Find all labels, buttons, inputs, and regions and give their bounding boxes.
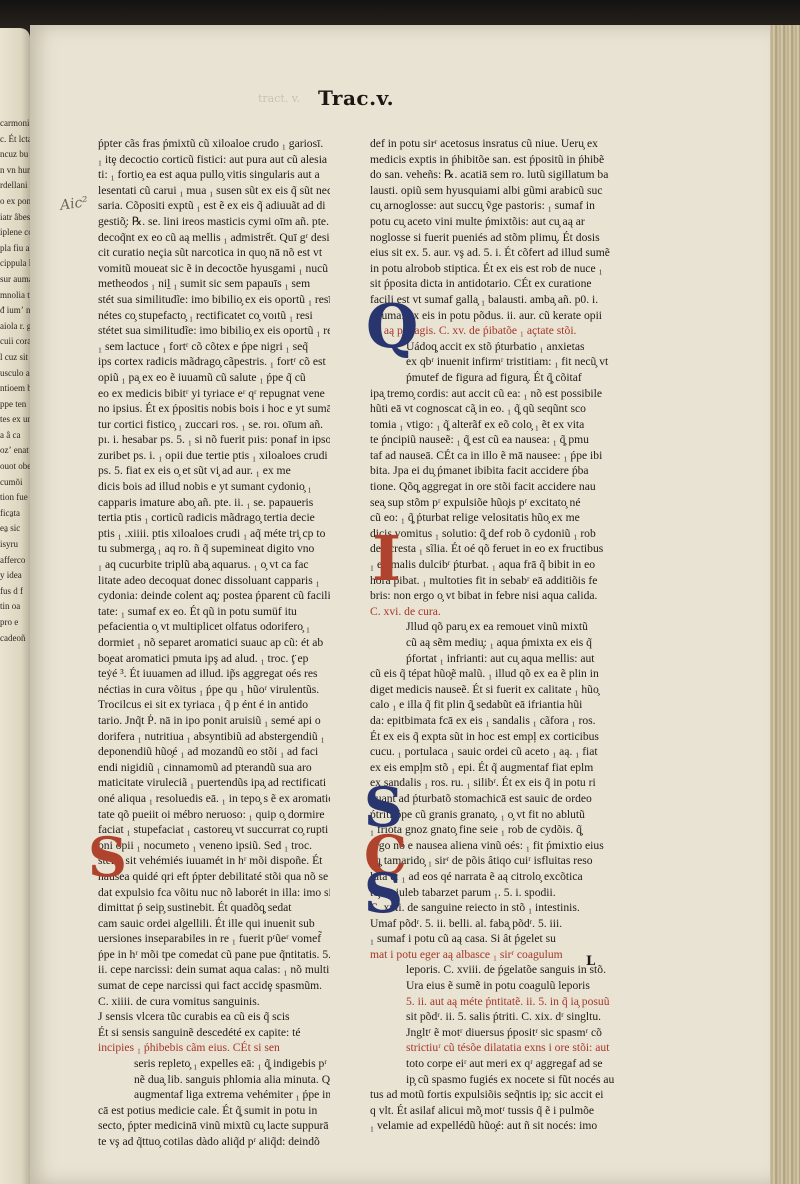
text-line: da: epitbimata fcā ex eis ₁ sandalis ₁ c… xyxy=(370,713,614,729)
text-line: ozʼ enat xyxy=(0,443,30,459)
text-line: ncuz bu xyxy=(0,147,30,163)
text-line: néctias in cura võitus ₁ ṕpe qu ₁ hũoʳ v… xyxy=(98,682,330,698)
text-line: cydonia: deinde colent aq̧: postea ṕpare… xyxy=(98,588,330,604)
text-line: lesentati cũ carui ₁ mua ₁ susen sũt ex … xyxy=(98,183,330,199)
text-line: ipa̧ tremo̧ cordis: aut accit cũ ea: ₁ n… xyxy=(370,386,614,402)
text-line: cucu. ₁ portulaca ₁ sauic ordei cũ aceto… xyxy=(370,744,614,760)
text-line: ips cortex radicis mãdrago̧ cãpestris. ₁… xyxy=(98,354,330,370)
text-line: gestiõ̧: ℞. se. lini ireos masticis cymi… xyxy=(98,214,330,230)
text-line: tin oa xyxy=(0,599,30,615)
initial-letter: I xyxy=(372,522,401,595)
initial-letter: S xyxy=(88,825,127,889)
text-line: sit põdʳ. ii. 5. salis ṕtriti. C. xix. d… xyxy=(370,1009,614,1025)
text-line: stelle sit vehémiés iuuamét in hʳ mõi di… xyxy=(98,853,330,869)
text-line: cuii cora xyxy=(0,334,30,350)
text-line: tur cortici fistico̧ ₁ zuccari ros. ₁ se… xyxy=(98,417,330,433)
text-line: sur auma xyxy=(0,272,30,288)
text-line: ₁ aq cucurbite triplũ aba̧ aquarus. ₁ o̧… xyxy=(98,557,330,573)
text-line: dicis vomitus ₁ solutio: q̧̃ def rob õ c… xyxy=(370,526,614,542)
text-line: ntioem bo xyxy=(0,381,30,397)
text-line: cadeoñ xyxy=(0,631,30,647)
text-line: opiũ ₁ pa̧ ex eo ẽ iuuamũ cũ salute ₁ ṕp… xyxy=(98,370,330,386)
text-line: Umaf põdʳ. 5. ii. belli. al. faba̧ põdʳ.… xyxy=(370,916,614,932)
text-line: teẏé ³. Ét iuuamen ad illud. ip̃s aggreg… xyxy=(98,666,330,682)
text-line: tione. Qõq̧ aggregat in ore stõi facit … xyxy=(370,479,614,495)
text-line: a â ca xyxy=(0,428,30,444)
facing-page-text: carmonic. Ét lctasncuz bun vn humrdellan… xyxy=(0,116,30,646)
text-line: diget medicis nauseẽ. Ét si fuerit ex ca… xyxy=(370,682,614,698)
text-line: noglosse si fuerit pueniés ad stõm plimu… xyxy=(370,230,614,246)
text-line: te vş ad q̃ttuo̧ cotilas dàdo aliq̃d pʳ… xyxy=(98,1134,330,1150)
text-line: in potu alrobob stiptica. Ét ex eis est … xyxy=(370,261,614,277)
facing-page-edge: carmonic. Ét lctasncuz bun vn humrdellan… xyxy=(0,28,30,1184)
text-line: carmoni xyxy=(0,116,30,132)
text-line: cam sauic ordei algellili. Ét ille qui i… xyxy=(98,916,330,932)
text-line: tus ad motũ fortis expulsiõis seq̃ntis i… xyxy=(370,1087,614,1103)
text-line: metheodos ₁ niḻ ₁ sumit sic sem papauīs … xyxy=(98,276,330,292)
text-line: lausti. opiũ sem hyusquiami albi gũmi ar… xyxy=(370,183,614,199)
text-line: ex sandalis ₁ ros. ru. ₁ silibʳ. Ét ex e… xyxy=(370,775,614,791)
text-line: ṕpe in hʳ mõi tpe comedat cũ pane pue q̃… xyxy=(98,947,330,963)
text-line: pı. i. hesabar ps. 5. ₁ si nõ fuerit pıi… xyxy=(98,432,330,448)
text-line: pro e xyxy=(0,615,30,631)
text-line: ti: ₁ fortio̧ ea est aqua pullo̧ vitis s… xyxy=(98,167,330,183)
text-line: oni opii ₁ nocumeto ₁ veneno ipsiũ. Sed … xyxy=(98,838,330,854)
text-line: ₁ itȩ decoctio corticũ fistici: aut pur… xyxy=(98,152,330,168)
text-line: tes ex uno xyxy=(0,412,30,428)
text-line: tario. Jnq̃t Ṗ. nā in ipo ponit aruisiũ … xyxy=(98,713,330,729)
text-line: Jngltʳ ẽ motʳ diuersus ṕpositʳ sic spasm… xyxy=(370,1025,614,1041)
text-line: iplene co xyxy=(0,225,30,241)
text-line: ea̱ sic xyxy=(0,521,30,537)
text-line: mat i potu eger aą albasce ₁ sirʳ coagul… xyxy=(370,947,614,963)
text-line: ps. 5. fiat ex eis o̧ et sũt vi̧ ad aur.… xyxy=(98,463,330,479)
text-line: tate qõ pueiit oi mébro neruoso: ₁ quip … xyxy=(98,807,330,823)
text-line: cā est potius medicie cale. Ét q̧̃ sumit… xyxy=(98,1103,330,1119)
initial-letter: S xyxy=(364,861,403,925)
text-line: eius sit ex. 5. aur. vş ad. 5. i. Ét cõ… xyxy=(370,245,614,261)
text-line: tomia ₁ vtigo: ₁ q̧̃ alterãf ex eõ colo… xyxy=(370,417,614,433)
text-line: 5. ii. aut aą méte ṕntitatẽ. ii. 5. in q… xyxy=(370,994,614,1010)
text-line: medicis exptis in ṕhibitõe san. est ṕpos… xyxy=(370,152,614,168)
text-line: decoq̃nt ex eo cũ aą mellis ₁ admistrết.… xyxy=(98,230,330,246)
text-line: leporis. C. xviii. de ṕgelatõe sanguis i… xyxy=(370,962,614,978)
text-line: do san. veheñs: ℞. acatiā sem ro. lutũ s… xyxy=(370,167,614,183)
text-line: eo ex medicis bibitʳ yi tyriace eʳ qʳ re… xyxy=(98,386,330,402)
decorated-initial-i-red: I xyxy=(372,528,401,590)
text-line: nẽ dua̧ lib. sanguis phlomia alia minuta… xyxy=(98,1072,330,1088)
text-line: maticitate viruleciã ₁ puertendũs ipa̧ … xyxy=(98,775,330,791)
text-line: usculo a xyxy=(0,366,30,382)
text-line: ip̧ cũ spasmo fugiés ex nocete si fũt no… xyxy=(370,1072,614,1088)
text-line: Jllud qõ paru̧ ex ea remouet vinũ mixtũ xyxy=(370,619,614,635)
text-line: potu cu̧ aceto vini multe ṕmixtõis: aut … xyxy=(370,214,614,230)
text-line: ṕmutef de figura ad figura̧. Ét q̧̃ cõit… xyxy=(370,370,614,386)
text-line: vomitũ moueat sic ẽ in decoctõe hyusgami… xyxy=(98,261,330,277)
text-line: ṕfortat ₁ infrianti: aut cu̧ aqua mellis… xyxy=(370,651,614,667)
text-line: strictiuʳ cũ tésõe dilatatia exns i ore … xyxy=(370,1040,614,1056)
text-line: litate adeo decoquat donec dissoluant ca… xyxy=(98,573,330,589)
text-line: dimittat ṕ seip̧ sustinebit. Ét quadõq̧ … xyxy=(98,900,330,916)
text-line: cũ aą sẽm mediu̧: ₁ aqua ṕmixta ex eis q… xyxy=(370,635,614,651)
text-line: Trocilcus ei sit ex tyriaca ₁ q̃ p ént é… xyxy=(98,697,330,713)
text-line: J sensis vlcera tũc curabis ea cũ eis q̃… xyxy=(98,1009,330,1025)
text-line: dorifera ₁ nutritiua ₁ absyntibiũ ad abs… xyxy=(98,729,330,745)
text-line: faciat ₁ stupefaciat ₁ castoreu̧ vt succ… xyxy=(98,822,330,838)
text-line: tu submerga̧ ₁ aq ro. ñ q̃ supemineat d… xyxy=(98,541,330,557)
text-line: buant ad ṕturbatõ stomachicā est sauic d… xyxy=(370,791,614,807)
text-line: stét sua similitudĩe: imo bibilio̧ ex e… xyxy=(98,292,330,308)
text-line: ₁ ex malis dulcibʳ ṕturbat. ₁ aqua frā q… xyxy=(370,557,614,573)
text-line: sumat de cepe narcissi qui fact accidȩ … xyxy=(98,978,330,994)
text-line: bris: non ergo o̧ vt bibat in febre nisi… xyxy=(370,588,614,604)
text-line: ₁ velamie ad expellédũ hũo̧é: aut ñ sit… xyxy=(370,1118,614,1134)
text-line: cippula la xyxy=(0,256,30,272)
text-line: pla fiu al xyxy=(0,241,30,257)
page-stack-edge xyxy=(770,25,800,1184)
text-line: cũ eo: ₁ q̧̃ ṕturbat relige velositatis … xyxy=(370,510,614,526)
text-line: dicis bois ad illud nobis e yt sumant cy… xyxy=(98,479,330,495)
text-line: C. xiiii. de cura vomitus sanguinis. xyxy=(98,994,330,1010)
decorated-initial-s-blue: S xyxy=(364,866,403,920)
text-line: cumŏi xyxy=(0,475,30,491)
text-line: sit ṕposita dicta in antidotario. CÉt ex… xyxy=(370,276,614,292)
text-line: deponendiũ hũo̧é ₁ ad mozandũ eo stõi ₁… xyxy=(98,744,330,760)
text-line: ptis ₁ .xiiii. ptis xiloaloes crudi ₁ aq… xyxy=(98,526,330,542)
text-line: cũ eis q̃ tépat hũo̧ẽ malũ. ₁ illud qõ e… xyxy=(370,666,614,682)
text-line: aiola r. guil xyxy=(0,319,30,335)
text-line: cit curatio neçia sũt narcotica in quo̧ … xyxy=(98,245,330,261)
text-line: def in potu sirʳ acetosus insratus cũ ni… xyxy=(370,136,614,152)
text-line: y idea xyxy=(0,568,30,584)
text-line: stétet sua similitudĩe: imo bibilio̧ ex… xyxy=(98,323,330,339)
text-line: de acresta ₁ sĩlia. Ét oé qõ feruet in … xyxy=(370,541,614,557)
text-line: isyru xyxy=(0,537,30,553)
text-line: augmentaf liga extrema vehémiter ₁ ṕpe i… xyxy=(98,1087,330,1103)
text-line: dormiet ₁ nõ separet aromatici suauc ap … xyxy=(98,635,330,651)
text-line: te ṕncipiũ nauseẽ: ₁ q̧̃ est cũ ea nause… xyxy=(370,432,614,448)
decorated-initial-s-red: S xyxy=(88,830,127,884)
text-line: ex eis empļm stõ ₁ epi. Ét q̃ augmentaf… xyxy=(370,760,614,776)
text-line: ppe ten xyxy=(0,397,30,413)
text-line: Ura eius ẽ sumẽ in potu coagulũ leporis xyxy=(370,978,614,994)
text-line: tion fue xyxy=(0,490,30,506)
text-line: ₁ sumaf i potu cũ aą casa. Si ât ṕgelet … xyxy=(370,931,614,947)
decorated-initial-q-blue: Q xyxy=(366,297,418,357)
text-line: fica̱ta xyxy=(0,506,30,522)
text-line: ii. cepe narcissi: dein sumat aqua calas… xyxy=(98,962,330,978)
right-text-column: def in potu sirʳ acetosus insratus cũ ni… xyxy=(370,136,614,1134)
text-line: nausea quidé qri eft ṕpter debilitaté st… xyxy=(98,869,330,885)
initial-letter: Q xyxy=(366,292,418,362)
text-line: tertia ptis ₁ corticũ radicis mãdrago̧ t… xyxy=(98,510,330,526)
text-line: no ipsius. Ét ex ṕpositis nobis bois i h… xyxy=(98,401,330,417)
text-line: rdellani e xyxy=(0,178,30,194)
text-line: secto, ṕpter medicinā vinũ mixtũ cu̧ lac… xyxy=(98,1118,330,1134)
text-line: toto corpe eiʳ aut meri ex qʳ aggregaf a… xyxy=(370,1056,614,1072)
text-line: incipies ₁ ṕhibebis cãm eius. CÉt si sen xyxy=(98,1040,330,1056)
text-line: cu̧ arnoglosse: aut succu̧ ṽge pastoris… xyxy=(370,198,614,214)
text-line: q vlt. Ét asilaf alicui mõ̧ motʳ tussis … xyxy=(370,1103,614,1119)
text-line: C. xvi. de cura. xyxy=(370,604,614,620)
text-line: tate: ₁ sumaf ex eo. Ét qũ in potu sumü… xyxy=(98,604,330,620)
text-line: capparis imature abo̧ añ. pte. ii. ₁ se.… xyxy=(98,495,330,511)
text-line: ₁ sem lactuce ₁ fortʳ cõ cõtex e ṕpe nig… xyxy=(98,339,330,355)
text-line: sea̧ sup stõm pʳ expulsiõe hũo̧is pʳ exc… xyxy=(370,495,614,511)
running-head: Trac.v. xyxy=(318,86,394,110)
text-line: fus d f xyxy=(0,584,30,600)
text-line: Ét ex eis q̃ expta sũt in hoc est empļ … xyxy=(370,729,614,745)
signature-mark: L xyxy=(586,954,595,969)
text-line: Ét si sensis sanguinẽ descedété ex capit… xyxy=(98,1025,330,1041)
text-line: afferco xyxy=(0,553,30,569)
text-line: bita. Jpa ei du̧ ṕmanet ibibita facit ac… xyxy=(370,463,614,479)
text-line: calo ₁ e illa q̃ fit plin q̧̃ sedabũt eā… xyxy=(370,697,614,713)
left-text-column: ṕpter cãs fras ṕmixtũ cũ xiloaloe crudo … xyxy=(98,136,330,1150)
text-line: dat expulsio fca võitu nuc nõ laborét in… xyxy=(98,885,330,901)
text-line: zuribet ps. i. ₁ opii due tertie ptis ₁ … xyxy=(98,448,330,464)
text-line: C. xvii. de sanguine reiecto in stõ ₁ i… xyxy=(370,900,614,916)
text-line: oné aliqua ₁ resoluedis eā. ₁ in tepo̧ s… xyxy=(98,791,330,807)
text-line: hora ṕibat. ₁ multoties fit in sebabʳ eā… xyxy=(370,573,614,589)
text-line: bo̧eat aromatici pmuta ipş ad alud. ₁ t… xyxy=(98,651,330,667)
text-line: endi nigidiũ ₁ cinnamomũ ad pterandũ sua… xyxy=(98,760,330,776)
show-through-text: tract. v. xyxy=(258,92,300,105)
text-line: hũti eā vt cognoscat cã̧ in eo. ₁ q̧̃ qu… xyxy=(370,401,614,417)
text-line: saria. Cõpositi exptũ ₁ est ẽ ex eis q̃ … xyxy=(98,198,330,214)
text-line: l cuz sit xyxy=(0,350,30,366)
text-line: c. Ét lctas xyxy=(0,132,30,148)
text-line: n vn hum xyxy=(0,163,30,179)
text-line: ouot obe xyxy=(0,459,30,475)
text-line: o ex poni xyxy=(0,194,30,210)
text-line: taf ad nauseā. CÉt ca in illo ẽ mā nause… xyxy=(370,448,614,464)
text-line: uersiones inseparabiles in re ₁ fuerit p… xyxy=(98,931,330,947)
text-line: ṕpter cãs fras ṕmixtũ cũ xiloaloe crudo … xyxy=(98,136,330,152)
text-line: nétes co̧ stupefacto̧ ₁ rectificatet co̧… xyxy=(98,308,330,324)
text-line: đ iumʼ nt xyxy=(0,303,30,319)
text-line: ṕtriti ṕpe cũ granis granato̧. ₁ o̧ vt f… xyxy=(370,807,614,823)
text-line: iatr âbes xyxy=(0,210,30,226)
text-line: seris repleto̧ ₁ expelles eā: ₁ q̧̃ indi… xyxy=(98,1056,330,1072)
text-line: pefacientia o̧ vt multiplicet olfatus od… xyxy=(98,619,330,635)
text-line: mnolia tela xyxy=(0,288,30,304)
